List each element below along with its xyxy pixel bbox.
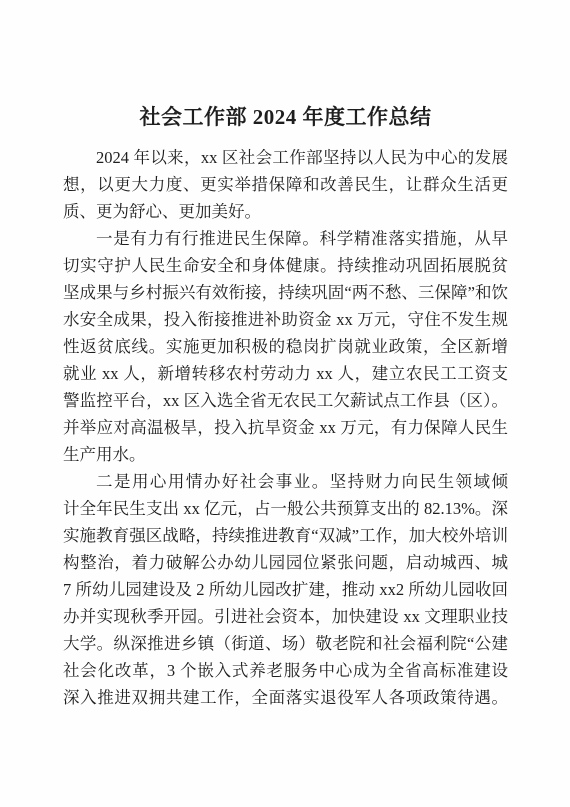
- text-line: 性返贫底线。实施更加积极的稳岗扩岗就业政策，全区新增城镇: [63, 333, 508, 360]
- document-page: 社会工作部 2024 年度工作总结 2024 年以来，xx 区社会工作部坚持以人…: [0, 0, 570, 807]
- document-title: 社会工作部 2024 年度工作总结: [63, 102, 508, 133]
- text-line: 生产用水。: [63, 441, 508, 468]
- text-line: 坚成果与乡村振兴有效衔接，持续巩固“两不愁、三保障”和饮用: [63, 279, 508, 306]
- text-line: 办并实现秋季开园。引进社会资本，加快建设 xx 文理职业技术: [63, 603, 508, 630]
- text-line: 水安全成果，投入衔接推进补助资金 xx 万元，守住不发生规模: [63, 306, 508, 333]
- text-line: 并举应对高温极旱，投入抗旱资金 xx 万元，有力保障人民生活: [63, 414, 508, 441]
- text-line: 质、更为舒心、更加美好。: [63, 198, 508, 225]
- paragraph-container: 2024 年以来，xx 区社会工作部坚持以人民为中心的发展思想，以更大力度、更实…: [63, 144, 508, 711]
- text-line: 计全年民生支出 xx 亿元，占一般公共预算支出的 82.13%。深入: [63, 495, 508, 522]
- text-line: 深入推进双拥共建工作，全面落实退役军人各项政策待遇。推动: [63, 684, 508, 711]
- text-line: 2024 年以来，xx 区社会工作部坚持以人民为中心的发展思: [63, 144, 508, 171]
- text-line: 7 所幼儿园建设及 2 所幼儿园改扩建，推动 xx2 所幼儿园收回公: [63, 576, 508, 603]
- text-line: 一是有力有行推进民生保障。科学精准落实措施，从早从快、: [63, 225, 508, 252]
- text-line: 警监控平台，xx 区入选全省无农民工欠薪试点工作县（区）。多措: [63, 387, 508, 414]
- text-line: 切实守护人民生命安全和身体健康。持续推动巩固拓展脱贫攻: [63, 252, 508, 279]
- text-line: 社会化改革，3 个嵌入式养老服务中心成为全省高标准建设点。: [63, 657, 508, 684]
- text-line: 就业 xx 人，新增转移农村劳动力 xx 人，建立农民工工资支付预: [63, 360, 508, 387]
- text-line: 想，以更大力度、更实举措保障和改善民生，让群众生活更有品: [63, 171, 508, 198]
- text-line: 构整治，着力破解公办幼儿园园位紧张问题，启动城西、城北等: [63, 549, 508, 576]
- paragraph: 2024 年以来，xx 区社会工作部坚持以人民为中心的发展思想，以更大力度、更实…: [63, 144, 508, 225]
- paragraph: 二是用心用情办好社会事业。坚持财力向民生领域倾斜，预计全年民生支出 xx 亿元，…: [63, 468, 508, 711]
- text-line: 实施教育强区战略，持续推进教育“双减”工作，加大校外培训机: [63, 522, 508, 549]
- paragraph: 一是有力有行推进民生保障。科学精准落实措施，从早从快、切实守护人民生命安全和身体…: [63, 225, 508, 468]
- text-line: 二是用心用情办好社会事业。坚持财力向民生领域倾斜，预: [63, 468, 508, 495]
- document-body: 社会工作部 2024 年度工作总结 2024 年以来，xx 区社会工作部坚持以人…: [63, 102, 508, 711]
- text-line: 大学。纵深推进乡镇（街道、场）敬老院和社会福利院“公建民营”: [63, 630, 508, 657]
